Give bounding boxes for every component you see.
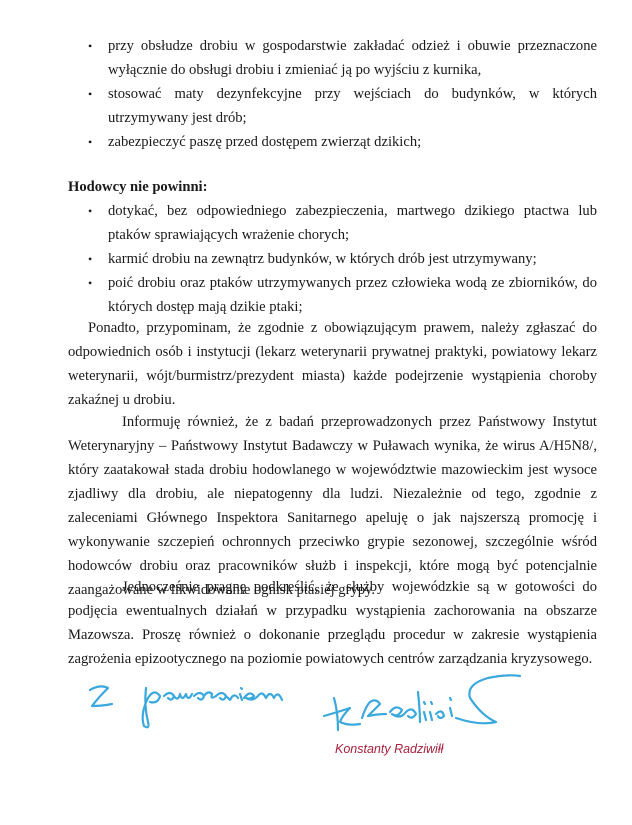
paragraph-readiness: Jednocześnie pragnę podkreślić, że służb…: [68, 575, 597, 671]
section-heading: Hodowcy nie powinni:: [68, 175, 207, 199]
list-item: •poić drobiu oraz ptaków utrzymywanych p…: [68, 271, 597, 319]
bullet-icon: •: [88, 82, 92, 106]
handwritten-greeting: [84, 672, 314, 737]
list-item: •zabezpieczyć paszę przed dostępem zwier…: [68, 130, 597, 154]
handwritten-signature: [320, 672, 540, 747]
list-item: •karmić drobiu na zewnątrz budynków, w k…: [68, 247, 597, 271]
bullet-icon: •: [88, 271, 92, 295]
bullet-icon: •: [88, 247, 92, 271]
printed-signatory-name: Konstanty Radziwiłł: [335, 742, 443, 756]
list-item: •dotykać, bez odpowiedniego zabezpieczen…: [68, 199, 597, 247]
list-should: •przy obsłudze drobiu w gospodarstwie za…: [68, 34, 597, 154]
list-should-not: •dotykać, bez odpowiedniego zabezpieczen…: [68, 199, 597, 319]
document-page: •przy obsłudze drobiu w gospodarstwie za…: [0, 0, 632, 825]
paragraph-virus-info: Informuję również, że z badań przeprowad…: [68, 410, 597, 602]
list-item: •przy obsłudze drobiu w gospodarstwie za…: [68, 34, 597, 82]
paragraph-reporting: Ponadto, przypominam, że zgodnie z obowi…: [68, 316, 597, 412]
bullet-icon: •: [88, 34, 92, 58]
list-item: •stosować maty dezynfekcyjne przy wejści…: [68, 82, 597, 130]
bullet-icon: •: [88, 130, 92, 154]
bullet-icon: •: [88, 199, 92, 223]
